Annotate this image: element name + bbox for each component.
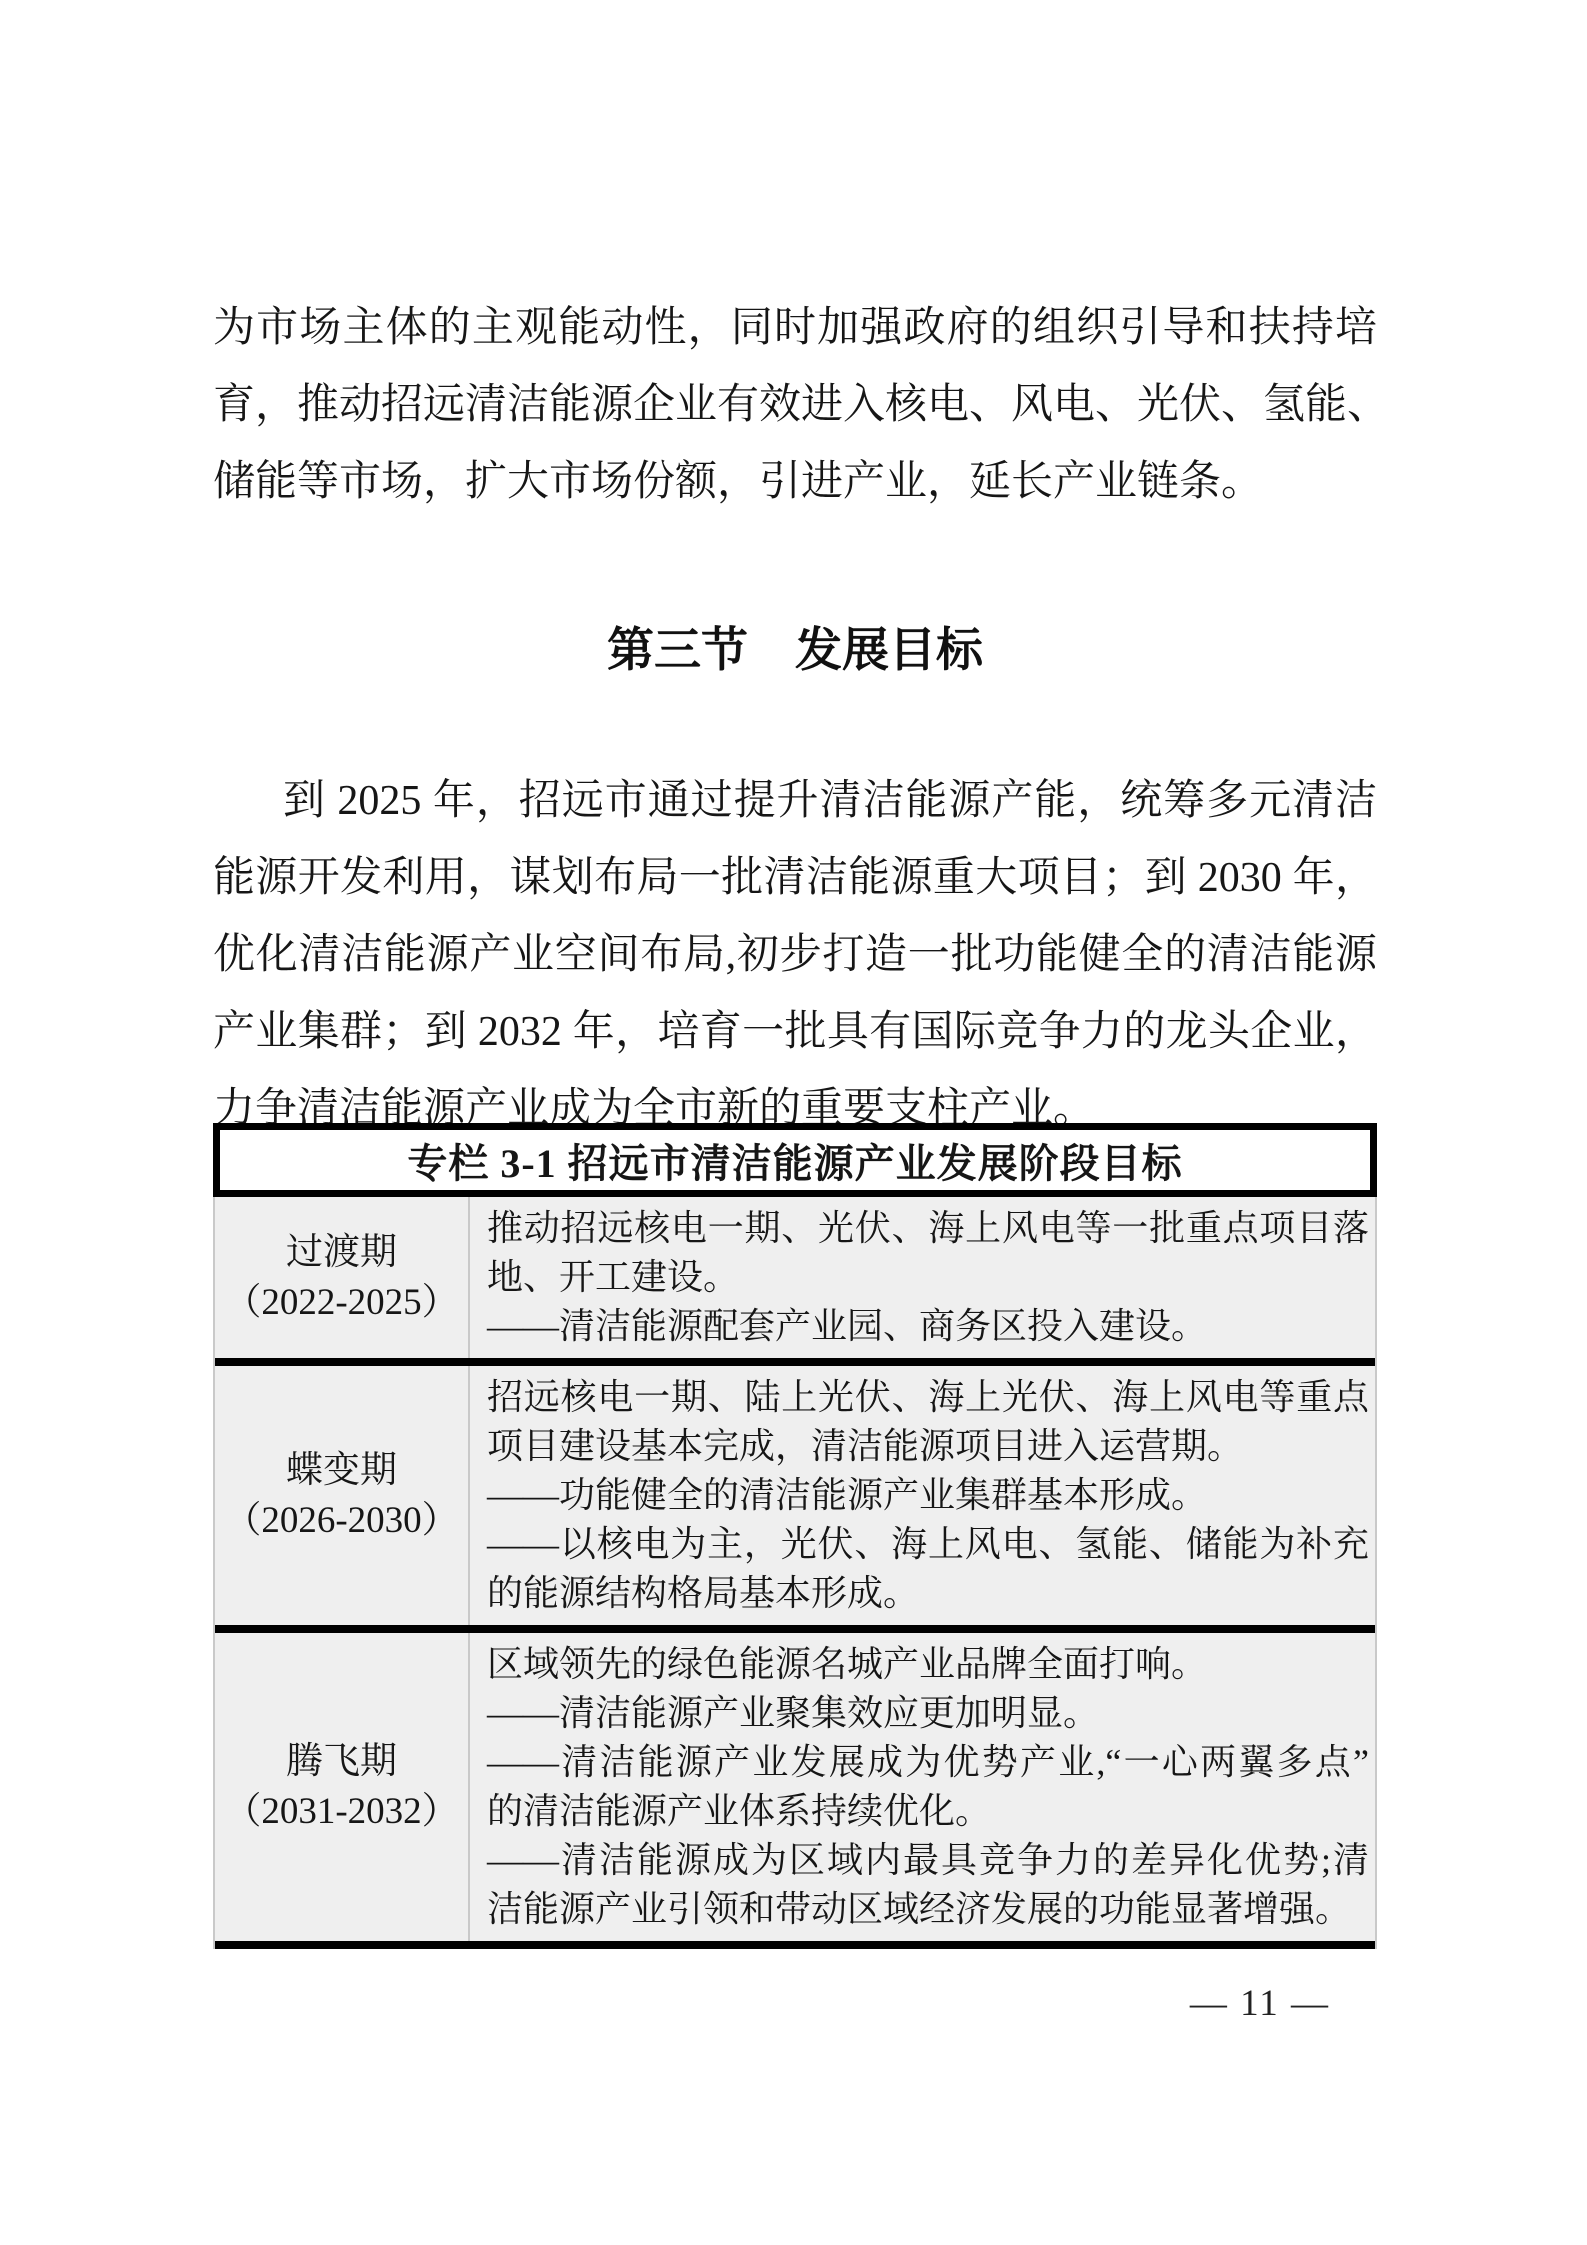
goal-line: ——以核电为主，光伏、海上风电、氢能、储能为补充 xyxy=(487,1520,1369,1569)
goal-line: 项目建设基本完成，清洁能源项目进入运营期。 xyxy=(487,1422,1369,1471)
callout-table-title: 专栏 3-1 招远市清洁能源产业发展阶段目标 xyxy=(213,1123,1377,1197)
body-paragraph-2: 到 2025 年，招远市通过提升清洁能源产能，统筹多元清洁 能源开发利用，谋划布… xyxy=(213,763,1377,1148)
phase-period: （2022-2025） xyxy=(224,1278,458,1328)
goal-line: ——清洁能源配套产业园、商务区投入建设。 xyxy=(487,1302,1369,1351)
goal-line: ——功能健全的清洁能源产业集群基本形成。 xyxy=(487,1471,1369,1520)
phase-period: （2031-2032） xyxy=(224,1787,458,1837)
goal-line: ——清洁能源产业发展成为优势产业,“一心两翼多点” xyxy=(487,1738,1369,1787)
goal-cell: 区域领先的绿色能源名城产业品牌全面打响。 ——清洁能源产业聚集效应更加明显。 —… xyxy=(470,1633,1375,1941)
goal-line: 推动招远核电一期、光伏、海上风电等一批重点项目落 xyxy=(487,1204,1369,1253)
phase-cell: 腾飞期 （2031-2032） xyxy=(215,1633,470,1941)
callout-table-body: 过渡期 （2022-2025） 推动招远核电一期、光伏、海上风电等一批重点项目落… xyxy=(213,1197,1377,1949)
body-paragraph-1: 为市场主体的主观能动性，同时加强政府的组织引导和扶持培 育，推动招远清洁能源企业… xyxy=(213,290,1377,521)
goal-cell: 推动招远核电一期、光伏、海上风电等一批重点项目落 地、开工建设。 ——清洁能源配… xyxy=(470,1197,1375,1358)
table-row-transformation-period: 蝶变期 （2026-2030） 招远核电一期、陆上光伏、海上光伏、海上风电等重点… xyxy=(215,1366,1375,1633)
goal-line: ——清洁能源成为区域内最具竞争力的差异化优势;清 xyxy=(487,1836,1369,1885)
goal-line: 洁能源产业引领和带动区域经济发展的功能显著增强。 xyxy=(487,1885,1369,1934)
table-row-transition-period: 过渡期 （2022-2025） 推动招远核电一期、光伏、海上风电等一批重点项目落… xyxy=(215,1197,1375,1366)
phase-period: （2026-2030） xyxy=(224,1496,458,1546)
paragraph-line: 储能等市场，扩大市场份额，引进产业，延长产业链条。 xyxy=(213,444,1377,521)
section-heading: 第三节 发展目标 xyxy=(213,607,1377,693)
phase-cell: 蝶变期 （2026-2030） xyxy=(215,1366,470,1625)
page-number: — 11 — xyxy=(1140,1982,1380,2026)
paragraph-line: 为市场主体的主观能动性，同时加强政府的组织引导和扶持培 xyxy=(213,290,1377,367)
paragraph-line: 优化清洁能源产业空间布局,初步打造一批功能健全的清洁能源 xyxy=(213,917,1377,994)
goal-cell: 招远核电一期、陆上光伏、海上光伏、海上风电等重点 项目建设基本完成，清洁能源项目… xyxy=(470,1366,1375,1625)
goal-line: 的能源结构格局基本形成。 xyxy=(487,1569,1369,1618)
phase-name: 过渡期 xyxy=(286,1228,397,1278)
paragraph-line: 产业集群；到 2032 年，培育一批具有国际竞争力的龙头企业， xyxy=(213,994,1377,1071)
table-row-takeoff-period: 腾飞期 （2031-2032） 区域领先的绿色能源名城产业品牌全面打响。 ——清… xyxy=(215,1633,1375,1949)
goal-line: 的清洁能源产业体系持续优化。 xyxy=(487,1787,1369,1836)
document-page: 为市场主体的主观能动性，同时加强政府的组织引导和扶持培 育，推动招远清洁能源企业… xyxy=(0,0,1587,2245)
goal-line: 区域领先的绿色能源名城产业品牌全面打响。 xyxy=(487,1640,1369,1689)
phase-name: 蝶变期 xyxy=(286,1446,397,1496)
goal-line: 地、开工建设。 xyxy=(487,1253,1369,1302)
goal-line: 招远核电一期、陆上光伏、海上光伏、海上风电等重点 xyxy=(487,1373,1369,1422)
goal-line: ——清洁能源产业聚集效应更加明显。 xyxy=(487,1689,1369,1738)
paragraph-line: 能源开发利用，谋划布局一批清洁能源重大项目；到 2030 年， xyxy=(213,840,1377,917)
paragraph-line: 育，推动招远清洁能源企业有效进入核电、风电、光伏、氢能、 xyxy=(213,367,1377,444)
phase-cell: 过渡期 （2022-2025） xyxy=(215,1197,470,1358)
callout-table: 专栏 3-1 招远市清洁能源产业发展阶段目标 过渡期 （2022-2025） 推… xyxy=(213,1123,1377,1949)
paragraph-line: 到 2025 年，招远市通过提升清洁能源产能，统筹多元清洁 xyxy=(213,763,1377,840)
phase-name: 腾飞期 xyxy=(286,1737,397,1787)
